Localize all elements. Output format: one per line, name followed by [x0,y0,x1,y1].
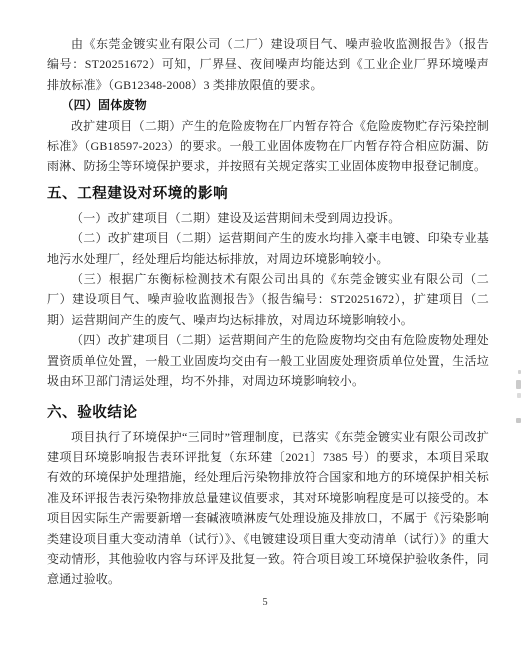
section5-heading: 五、工程建设对环境的影响 [47,184,489,205]
section5-item-3: （三）根据广东衡标检测技术有限公司出具的《东莞金镀实业有限公司（二厂）建设项目气… [47,269,489,330]
scan-artifact-marks [515,370,524,430]
section5-item-4: （四）改扩建项目（二期）运营期间产生的危险废物均交由有危险废物处理处置资质单位处… [47,330,489,391]
section5-item-1: （一）改扩建项目（二期）建设及运营期间未受到周边投诉。 [47,208,489,228]
paragraph-noise-conclusion: 由《东莞金镀实业有限公司（二厂）建设项目气、噪声验收监测报告》（报告编号：ST2… [47,34,489,95]
paragraph-conclusion: 项目执行了环境保护“三同时”管理制度，已落实《东莞金镀实业有限公司改扩建项目环境… [47,427,489,590]
page-number: 5 [0,597,530,608]
document-content: 由《东莞金镀实业有限公司（二厂）建设项目气、噪声验收监测报告》（报告编号：ST2… [47,34,489,590]
subheading-solid-waste: （四）固体废物 [47,95,489,115]
paragraph-solid-waste: 改扩建项目（二期）产生的危险废物在厂内暂存符合《危险废物贮存污染控制标准》（GB… [47,116,489,177]
section5-item-2: （二）改扩建项目（二期）运营期间产生的废水均排入豪丰电镀、印染专业基地污水处理厂… [47,228,489,269]
section6-heading: 六、验收结论 [47,403,489,424]
document-page: 由《东莞金镀实业有限公司（二厂）建设项目气、噪声验收监测报告》（报告编号：ST2… [0,0,530,650]
